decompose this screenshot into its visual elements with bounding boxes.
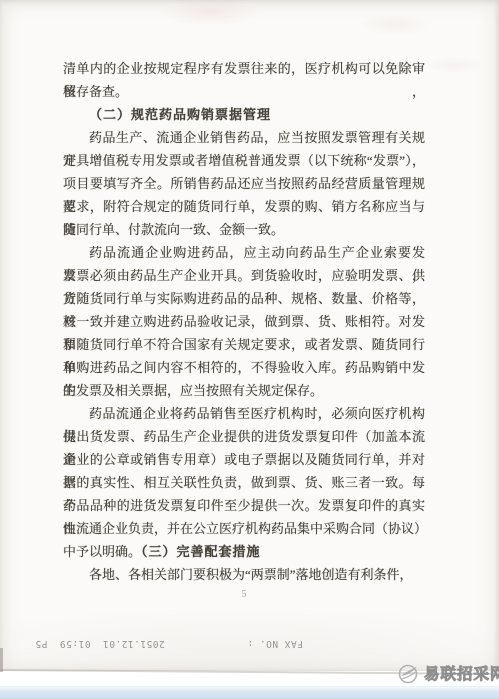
text-line: 对一致并建立购进药品验收记录，做到票、货、账相符。对发票 [63, 310, 425, 333]
section-heading-text: （二）规范药品购销票据管理 [89, 107, 271, 122]
body-text: 的发票及相关票据，应当按照有关规定保存。 [63, 383, 323, 398]
text-line: 由流通企业负责，并在公立医疗机构药品集中采购合同（协议） [63, 517, 425, 540]
text-line: 药品流通企业将药品销售至医疗机构时，必须向医疗机构提 [63, 402, 425, 425]
text-line: 方随货同行单与实际购进药品的品种、规格、数量、价格等，核 [63, 287, 425, 310]
document-text-block: 清单内的企业按规定程序有发票往来的，医疗机构可以免除审核，留存备查。（二）规范药… [63, 57, 425, 586]
watermark-site-name: 易联招采网 [424, 662, 499, 684]
text-line: 和随货同行单不符合国家有关规定要求，或者发票、随货同行单 [63, 333, 425, 356]
body-text: 由流通企业负责，并在公立医疗机构药品集中采购合同（协议） [63, 521, 427, 536]
body-text: 中予以明确。 [63, 544, 141, 559]
fax-time: 01:59 [59, 639, 90, 650]
body-text: 留存备查。 [63, 84, 128, 99]
text-line: 各地、各相关部门要积极为“两票制”落地创造有利条件， [63, 563, 425, 586]
text-line: 发票必须由药品生产企业开具。到货验收时，应验明发票、供货 [63, 264, 425, 287]
fax-timestamp: 2051.12.01 01:59 P5 [35, 639, 165, 650]
text-line: 据的真实性、相互关联性负责，做到票、货、账三者一致。每个 [63, 471, 425, 494]
text-line: 开具增值税专用发票或者增值税普通发票（以下统称“发票”）， [63, 149, 425, 172]
fax-number-label: FAX NO. : [247, 639, 303, 650]
text-line: （二）规范药品购销票据管理 [63, 103, 425, 126]
text-line: 中予以明确。（三）完善配套措施 [63, 540, 425, 563]
bottom-blue-bar [0, 686, 499, 699]
site-watermark: 易联招采网 [396, 661, 499, 685]
body-text: 开具增值税专用发票或者增值税普通发票（以下统称“发票”）， [63, 153, 425, 168]
text-line: 企业的公章或销售专用章）或电子票据以及随货同行单，并对票 [63, 448, 425, 471]
section-heading-text: （三）完善配套措施 [141, 544, 261, 559]
fax-date: 2051.12.01 [103, 639, 165, 650]
page-number: 5 [63, 589, 425, 600]
text-line: 药品品种的进货发票复印件至少提供一次。发票复印件的真实性 [63, 494, 425, 517]
text-line: 项目要填写齐全。所销售药品还应当按照药品经营质量管理规范 [63, 172, 425, 195]
swirl-globe-icon [396, 661, 420, 685]
scan-edge-artifact [0, 648, 3, 672]
text-line: 清单内的企业按规定程序有发票往来的，医疗机构可以免除审核， [63, 57, 425, 80]
text-line: 货同行单、付款流向一致、金额一致。 [63, 218, 425, 241]
text-line: 要求，附符合规定的随货同行单，发票的购、销方名称应当与随 [63, 195, 425, 218]
text-line: 药品流通企业购进药品，应主动向药品生产企业索要发票， [63, 241, 425, 264]
text-line: 的发票及相关票据，应当按照有关规定保存。 [63, 379, 425, 402]
text-line: 药品生产、流通企业销售药品，应当按照发票管理有关规定 [63, 126, 425, 149]
scanned-fax-document-page: 清单内的企业按规定程序有发票往来的，医疗机构可以免除审核，留存备查。（二）规范药… [0, 0, 499, 699]
fax-page-code: P5 [35, 639, 47, 650]
text-line: 和购进药品之间内容不相符的，不得验收入库。药品购销中发生 [63, 356, 425, 379]
body-text: 货同行单、付款流向一致、金额一致。 [63, 222, 284, 237]
text-line: 供出货发票、药品生产企业提供的进货发票复印件（加盖本流通 [63, 425, 425, 448]
fax-header-upside-down: FAX NO. : 2051.12.01 01:59 P5 [35, 636, 303, 652]
body-text: 各地、各相关部门要积极为“两票制”落地创造有利条件， [89, 567, 413, 582]
